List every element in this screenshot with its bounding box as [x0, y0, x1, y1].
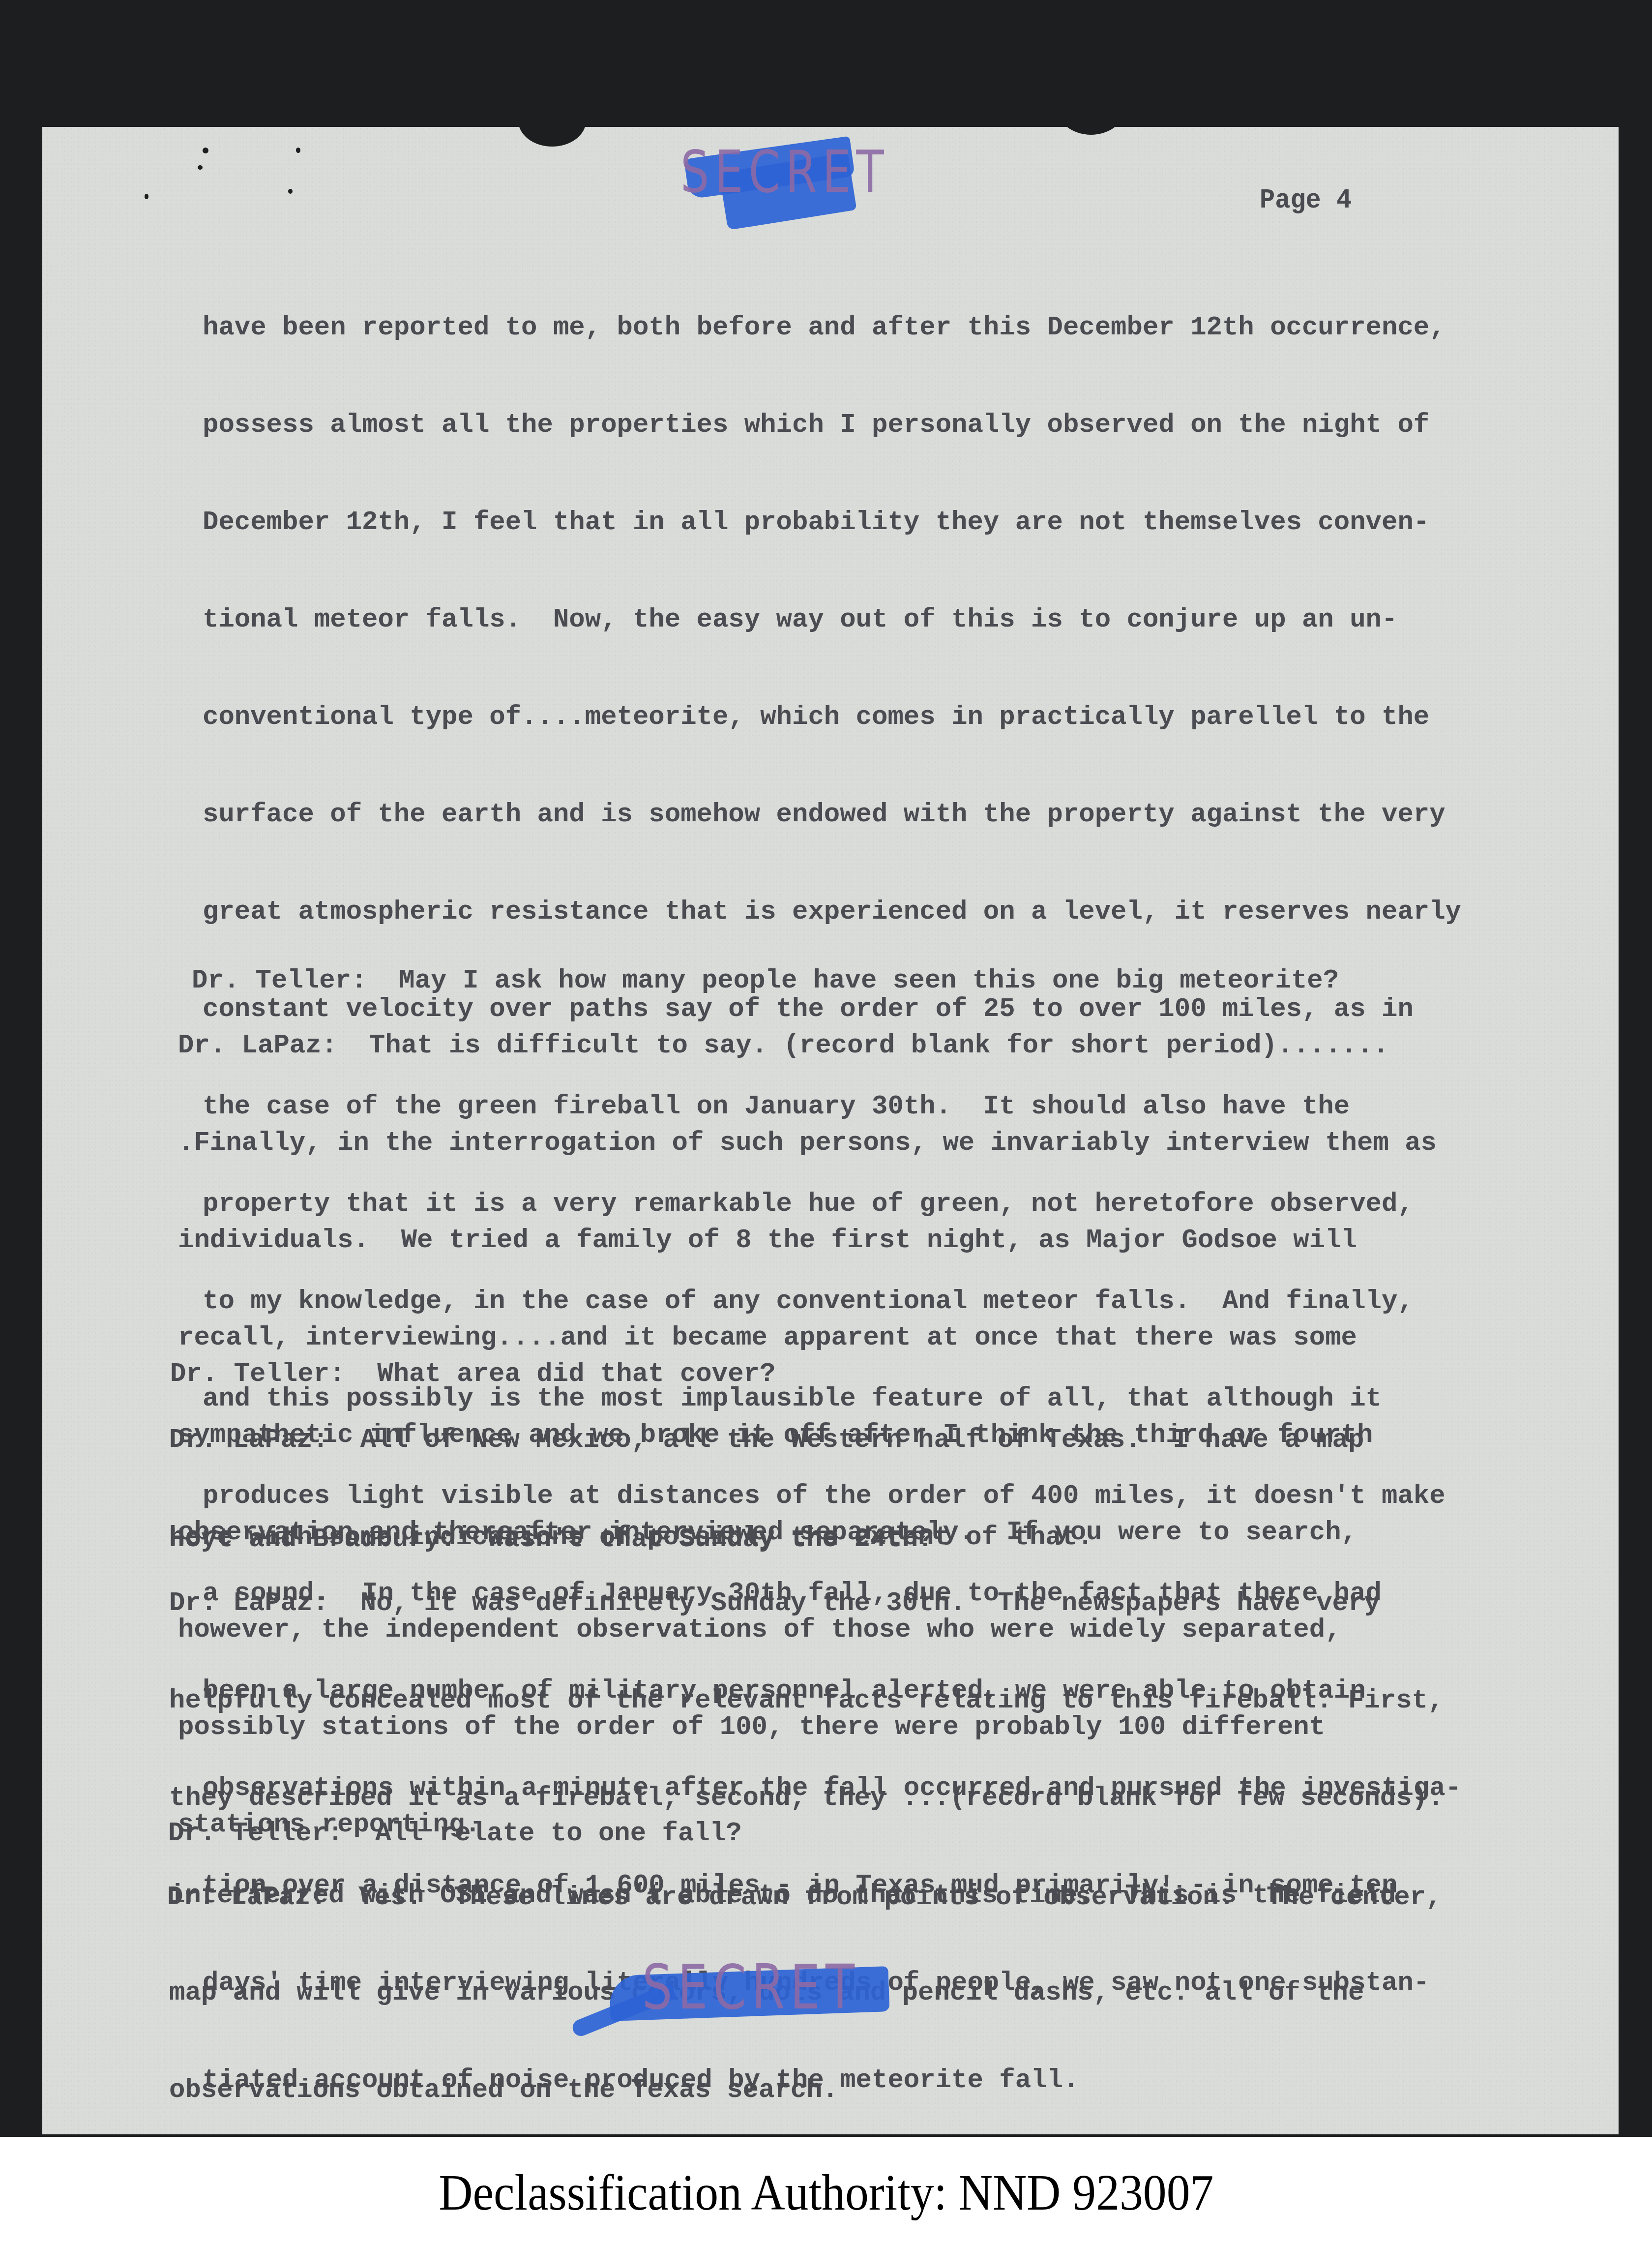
declassification-authority-text: Declassification Authority: NND 923007	[439, 2163, 1213, 2222]
dialogue-lapaz-4: Dr. LaPaz: Yes. These lines are drawn fr…	[167, 1817, 1442, 1946]
punch-hole-left	[518, 94, 586, 147]
punch-hole-right	[1056, 78, 1126, 135]
declassification-footer: Declassification Authority: NND 923007	[0, 2137, 1652, 2245]
secret-stamp-top: SECRET	[680, 143, 889, 201]
page-number: Page 4	[1260, 185, 1352, 216]
secret-stamp-bottom: SECRET	[642, 1957, 860, 2018]
